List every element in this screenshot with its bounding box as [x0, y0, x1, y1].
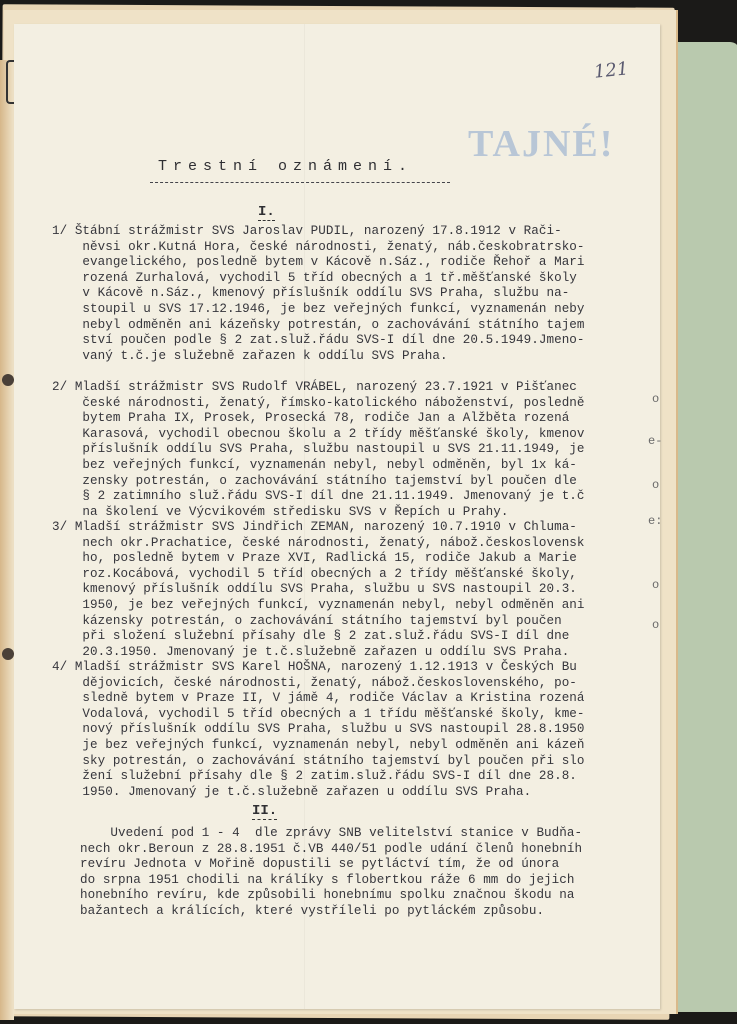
text-line: kázensky potrestán, o zachovávání státní…: [52, 614, 652, 630]
margin-mark: o: [652, 618, 659, 632]
text-line: něvsi okr.Kutná Hora, české národnosti, …: [52, 240, 652, 256]
text-line: 1950, je bez veřejných funkcí, vyznamená…: [52, 598, 652, 614]
text-line: Karasová, vychodil obecnou školu a 2 tří…: [52, 427, 652, 443]
text-line: sledně bytem v Praze II, V jámě 4, rodič…: [52, 691, 652, 707]
text-line: české národnosti, ženatý, římsko-katolic…: [52, 396, 652, 412]
text-line: 4/ Mladší strážmistr SVS Karel HOŠNA, na…: [52, 660, 652, 676]
text-line: sky potrestán, o zachovávání státního ta…: [52, 754, 652, 770]
margin-mark: o: [652, 578, 659, 592]
section-2-paragraph: Uvedení pod 1 - 4 dle zprávy SNB velitel…: [80, 826, 680, 920]
document-title: Trestní oznámení.: [158, 158, 413, 175]
text-line: dějovicích, české národnosti, ženatý, ná…: [52, 676, 652, 692]
secret-stamp: TAJNÉ!: [468, 122, 614, 166]
text-line: stoupil u SVS 17.12.1946, je bez veřejný…: [52, 302, 652, 318]
text-line: bytem Praha IX, Prosek, Prosecká 78, rod…: [52, 411, 652, 427]
text-line: při složení služební přísahy dle § 2 zat…: [52, 629, 652, 645]
binder-clip-icon: [6, 60, 14, 104]
margin-mark: e-: [648, 434, 662, 448]
section-heading-2: II.: [252, 803, 277, 820]
numbered-paragraph: 2/ Mladší strážmistr SVS Rudolf VRÁBEL, …: [52, 380, 652, 520]
margin-mark: e:: [648, 514, 662, 528]
title-underline: [150, 182, 450, 183]
text-line: na školení ve Výcvikovém středisku SVS v…: [52, 505, 652, 521]
text-line: bez veřejných funkcí, vyznamenán nebyl, …: [52, 458, 652, 474]
text-line: honebního revíru, kde způsobili honebním…: [80, 888, 680, 904]
text-line: 3/ Mladší strážmistr SVS Jindřich ZEMAN,…: [52, 520, 652, 536]
text-line: rozená Zurhalová, vychodil 5 tříd obecný…: [52, 271, 652, 287]
text-line: bažantech a králících, které vystříleli …: [80, 904, 680, 920]
text-line: 20.3.1950. Jmenovaný je t.č.služebně zař…: [52, 645, 652, 661]
text-line: revíru Jednota v Mořině dopustili se pyt…: [80, 857, 680, 873]
text-line: kmenový příslušník oddílu SVS Praha, slu…: [52, 582, 652, 598]
text-line: ství poučen podle § 2 zat.služ.řádu SVS-…: [52, 333, 652, 349]
text-line: nech okr.Beroun z 28.8.1951 č.VB 440/51 …: [80, 842, 680, 858]
numbered-paragraph: 1/ Štábní strážmistr SVS Jaroslav PUDIL,…: [52, 224, 652, 364]
text-line: 1950. Jmenovaný je t.č.služebně zařazen …: [52, 785, 652, 801]
text-line: žení služební přísahy dle § 2 zatim.služ…: [52, 769, 652, 785]
margin-mark: o: [652, 478, 659, 492]
punch-hole-icon: [2, 374, 14, 386]
text-line: zensky potrestán, o zachovávání státního…: [52, 474, 652, 490]
text-line: nech okr.Prachatice, české národnosti, ž…: [52, 536, 652, 552]
text-line: vaný t.č.je služebně zařazen k oddílu SV…: [52, 349, 652, 365]
stack-left-edge: [0, 60, 14, 1020]
folio-number: 121: [593, 58, 629, 82]
text-line: 1/ Štábní strážmistr SVS Jaroslav PUDIL,…: [52, 224, 652, 240]
text-line: Vodalová, vychodil 5 tříd obecných a 1 t…: [52, 707, 652, 723]
numbered-paragraph: 4/ Mladší strážmistr SVS Karel HOŠNA, na…: [52, 660, 652, 800]
text-line: 2/ Mladší strážmistr SVS Rudolf VRÁBEL, …: [52, 380, 652, 396]
text-line: nebyl odměněn ani kázeňsky potrestán, o …: [52, 318, 652, 334]
text-line: nový příslušník oddílu SVS Praha, službu…: [52, 722, 652, 738]
numbered-paragraph: 3/ Mladší strážmistr SVS Jindřich ZEMAN,…: [52, 520, 652, 660]
margin-mark: o: [652, 392, 659, 406]
text-line: je bez veřejných funkcí, vyznamenán neby…: [52, 738, 652, 754]
punch-hole-icon: [2, 648, 14, 660]
section-heading-1: I.: [258, 204, 275, 221]
text-line: v Kácově n.Sáz., kmenový příslušník oddí…: [52, 286, 652, 302]
text-line: Uvedení pod 1 - 4 dle zprávy SNB velitel…: [80, 826, 680, 842]
text-line: roz.Kocábová, vychodil 5 tříd obecných a…: [52, 567, 652, 583]
text-line: evangelického, posledně bytem v Kácově n…: [52, 255, 652, 271]
text-line: § 2 zatimního služ.řádu SVS-I díl dne 21…: [52, 489, 652, 505]
text-line: příslušník oddílu SVS Praha, službu nast…: [52, 442, 652, 458]
text-line: ho, posledně bytem v Praze XVI, Radlická…: [52, 551, 652, 567]
text-line: do srpna 1951 chodili na králíky s flobe…: [80, 873, 680, 889]
